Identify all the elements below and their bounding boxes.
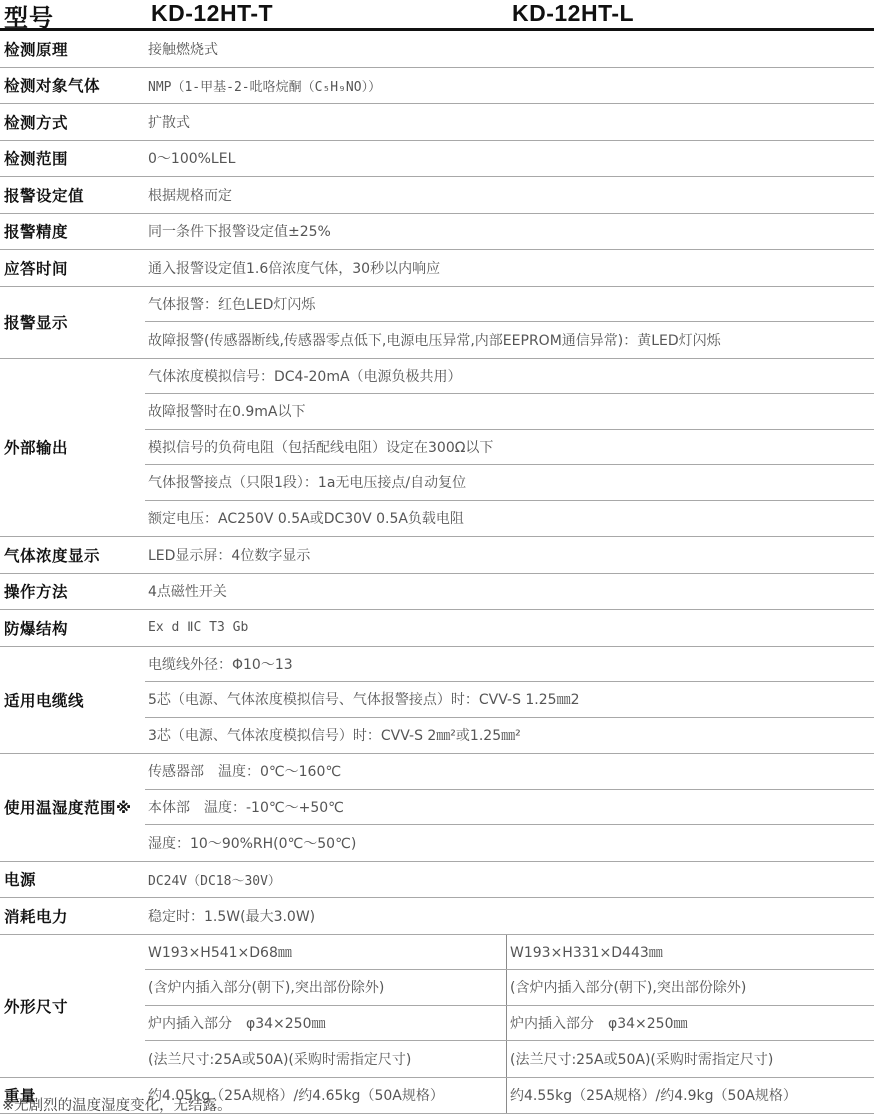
dimension-value-t: W193×H541×D68㎜ bbox=[145, 935, 507, 970]
spec-row-temp-humidity: 使用温湿度范围※ 传感器部 温度：0℃～160℃ 本体部 温度：-10℃～+50… bbox=[0, 754, 874, 862]
spec-row-power-consumption: 消耗电力 稳定时：1.5W(最大3.0W) bbox=[0, 898, 874, 935]
row-value: DC24V（DC18～30V） bbox=[145, 862, 874, 898]
model-name-l: KD-12HT-L bbox=[512, 0, 634, 27]
row-value: 根据规格而定 bbox=[145, 177, 874, 213]
row-value: 稳定时：1.5W(最大3.0W) bbox=[145, 898, 874, 934]
row-value: 传感器部 温度：0℃～160℃ bbox=[145, 754, 874, 790]
model-header-label: 型号 bbox=[4, 0, 54, 33]
row-label: 操作方法 bbox=[0, 574, 145, 610]
spec-table: 检测原理 接触燃烧式 检测对象气体 NMP（1-甲基-2-吡咯烷酮（C₅H₉NO… bbox=[0, 31, 874, 1114]
row-label: 电源 bbox=[0, 862, 145, 898]
row-label: 防爆结构 bbox=[0, 610, 145, 646]
row-value: 气体报警：红色LED灯闪烁 bbox=[145, 287, 874, 323]
dimension-value-t: (法兰尺寸:25A或50A)(采购时需指定尺寸) bbox=[145, 1041, 507, 1077]
row-value: 通入报警设定值1.6倍浓度气体，30秒以内响应 bbox=[145, 250, 874, 286]
row-value: 同一条件下报警设定值±25% bbox=[145, 214, 874, 250]
spec-row-external-output: 外部输出 气体浓度模拟信号：DC4-20mA（电源负极共用） 故障报警时在0.9… bbox=[0, 359, 874, 538]
row-value: 扩散式 bbox=[145, 104, 874, 140]
spec-row-operation-method: 操作方法 4点磁性开关 bbox=[0, 574, 874, 611]
row-value: 5芯（电源、气体浓度模拟信号、气体报警接点）时：CVV-S 1.25㎜2 bbox=[145, 682, 874, 718]
row-value: 故障报警时在0.9mA以下 bbox=[145, 394, 874, 430]
row-value: 气体浓度模拟信号：DC4-20mA（电源负极共用） bbox=[145, 359, 874, 395]
row-value: LED显示屏：4位数字显示 bbox=[145, 537, 874, 573]
row-label: 报警精度 bbox=[0, 214, 145, 250]
dimension-value-t: 炉内插入部分 φ34×250㎜ bbox=[145, 1006, 507, 1041]
row-label: 报警设定值 bbox=[0, 177, 145, 213]
table-header: 型号 KD-12HT-T KD-12HT-L bbox=[0, 0, 874, 31]
dimension-value-l: (法兰尺寸:25A或50A)(采购时需指定尺寸) bbox=[507, 1041, 874, 1077]
row-value: 故障报警(传感器断线,传感器零点低下,电源电压异常,内部EEPROM通信异常)：… bbox=[145, 322, 874, 358]
dimension-line: (法兰尺寸:25A或50A)(采购时需指定尺寸) (法兰尺寸:25A或50A)(… bbox=[145, 1041, 874, 1077]
row-value: NMP（1-甲基-2-吡咯烷酮（C₅H₉NO）） bbox=[145, 68, 874, 104]
row-label: 报警显示 bbox=[0, 287, 145, 358]
row-label: 适用电缆线 bbox=[0, 647, 145, 754]
spec-row-detection-method: 检测方式 扩散式 bbox=[0, 104, 874, 141]
row-label: 气体浓度显示 bbox=[0, 537, 145, 573]
model-name-t: KD-12HT-T bbox=[151, 0, 273, 27]
row-value: 0～100%LEL bbox=[145, 141, 874, 177]
weight-line: 约4.05kg（25A规格）/约4.65kg（50A规格） 约4.55kg（25… bbox=[145, 1078, 874, 1114]
spec-row-alarm-display: 报警显示 气体报警：红色LED灯闪烁 故障报警(传感器断线,传感器零点低下,电源… bbox=[0, 287, 874, 359]
dimension-line: 炉内插入部分 φ34×250㎜ 炉内插入部分 φ34×250㎜ bbox=[145, 1006, 874, 1042]
row-label: 外部输出 bbox=[0, 359, 145, 537]
spec-row-detection-range: 检测范围 0～100%LEL bbox=[0, 141, 874, 178]
spec-row-alarm-accuracy: 报警精度 同一条件下报警设定值±25% bbox=[0, 214, 874, 251]
row-label: 检测范围 bbox=[0, 141, 145, 177]
row-value: 额定电压：AC250V 0.5A或DC30V 0.5A负载电阻 bbox=[145, 501, 874, 537]
row-label: 检测对象气体 bbox=[0, 68, 145, 104]
dimension-value-l: (含炉内插入部分(朝下),突出部份除外) bbox=[507, 970, 874, 1005]
spec-row-detection-principle: 检测原理 接触燃烧式 bbox=[0, 31, 874, 68]
row-label: 应答时间 bbox=[0, 250, 145, 286]
row-label: 检测原理 bbox=[0, 31, 145, 67]
spec-row-response-time: 应答时间 通入报警设定值1.6倍浓度气体，30秒以内响应 bbox=[0, 250, 874, 287]
spec-row-dimensions: 外形尺寸 W193×H541×D68㎜ W193×H331×D443㎜ (含炉内… bbox=[0, 935, 874, 1078]
row-value: 3芯（电源、气体浓度模拟信号）时：CVV-S 2㎜²或1.25㎜² bbox=[145, 718, 874, 754]
spec-row-explosion-proof: 防爆结构 Ex d ⅡC T3 Gb bbox=[0, 610, 874, 647]
spec-row-concentration-display: 气体浓度显示 LED显示屏：4位数字显示 bbox=[0, 537, 874, 574]
dimension-line: W193×H541×D68㎜ W193×H331×D443㎜ bbox=[145, 935, 874, 971]
row-value: 模拟信号的负荷电阻（包括配线电阻）设定在300Ω以下 bbox=[145, 430, 874, 466]
row-label: 使用温湿度范围※ bbox=[0, 754, 145, 861]
spec-row-target-gas: 检测对象气体 NMP（1-甲基-2-吡咯烷酮（C₅H₉NO）） bbox=[0, 68, 874, 105]
row-label: 外形尺寸 bbox=[0, 935, 145, 1077]
dimension-value-t: (含炉内插入部分(朝下),突出部份除外) bbox=[145, 970, 507, 1005]
weight-value-l: 约4.55kg（25A规格）/约4.9kg（50A规格） bbox=[507, 1078, 874, 1114]
row-value: 接触燃烧式 bbox=[145, 31, 874, 67]
spec-row-cable: 适用电缆线 电缆线外径：Φ10～13 5芯（电源、气体浓度模拟信号、气体报警接点… bbox=[0, 647, 874, 755]
row-value: 湿度：10～90%RH(0℃～50℃) bbox=[145, 825, 874, 861]
row-value: 4点磁性开关 bbox=[145, 574, 874, 610]
dimension-value-l: 炉内插入部分 φ34×250㎜ bbox=[507, 1006, 874, 1041]
dimension-line: (含炉内插入部分(朝下),突出部份除外) (含炉内插入部分(朝下),突出部份除外… bbox=[145, 970, 874, 1006]
row-label: 检测方式 bbox=[0, 104, 145, 140]
dimension-value-l: W193×H331×D443㎜ bbox=[507, 935, 874, 970]
row-value: 气体报警接点（只限1段）：1a无电压接点/自动复位 bbox=[145, 465, 874, 501]
row-value: 本体部 温度：-10℃～+50℃ bbox=[145, 790, 874, 826]
row-label: 消耗电力 bbox=[0, 898, 145, 934]
spec-row-alarm-setpoint: 报警设定值 根据规格而定 bbox=[0, 177, 874, 214]
footnote: ※无剧烈的温度湿度变化，无结露。 bbox=[2, 1094, 232, 1115]
row-value: 电缆线外径：Φ10～13 bbox=[145, 647, 874, 683]
row-value: Ex d ⅡC T3 Gb bbox=[145, 610, 874, 646]
spec-row-power-supply: 电源 DC24V（DC18～30V） bbox=[0, 862, 874, 899]
